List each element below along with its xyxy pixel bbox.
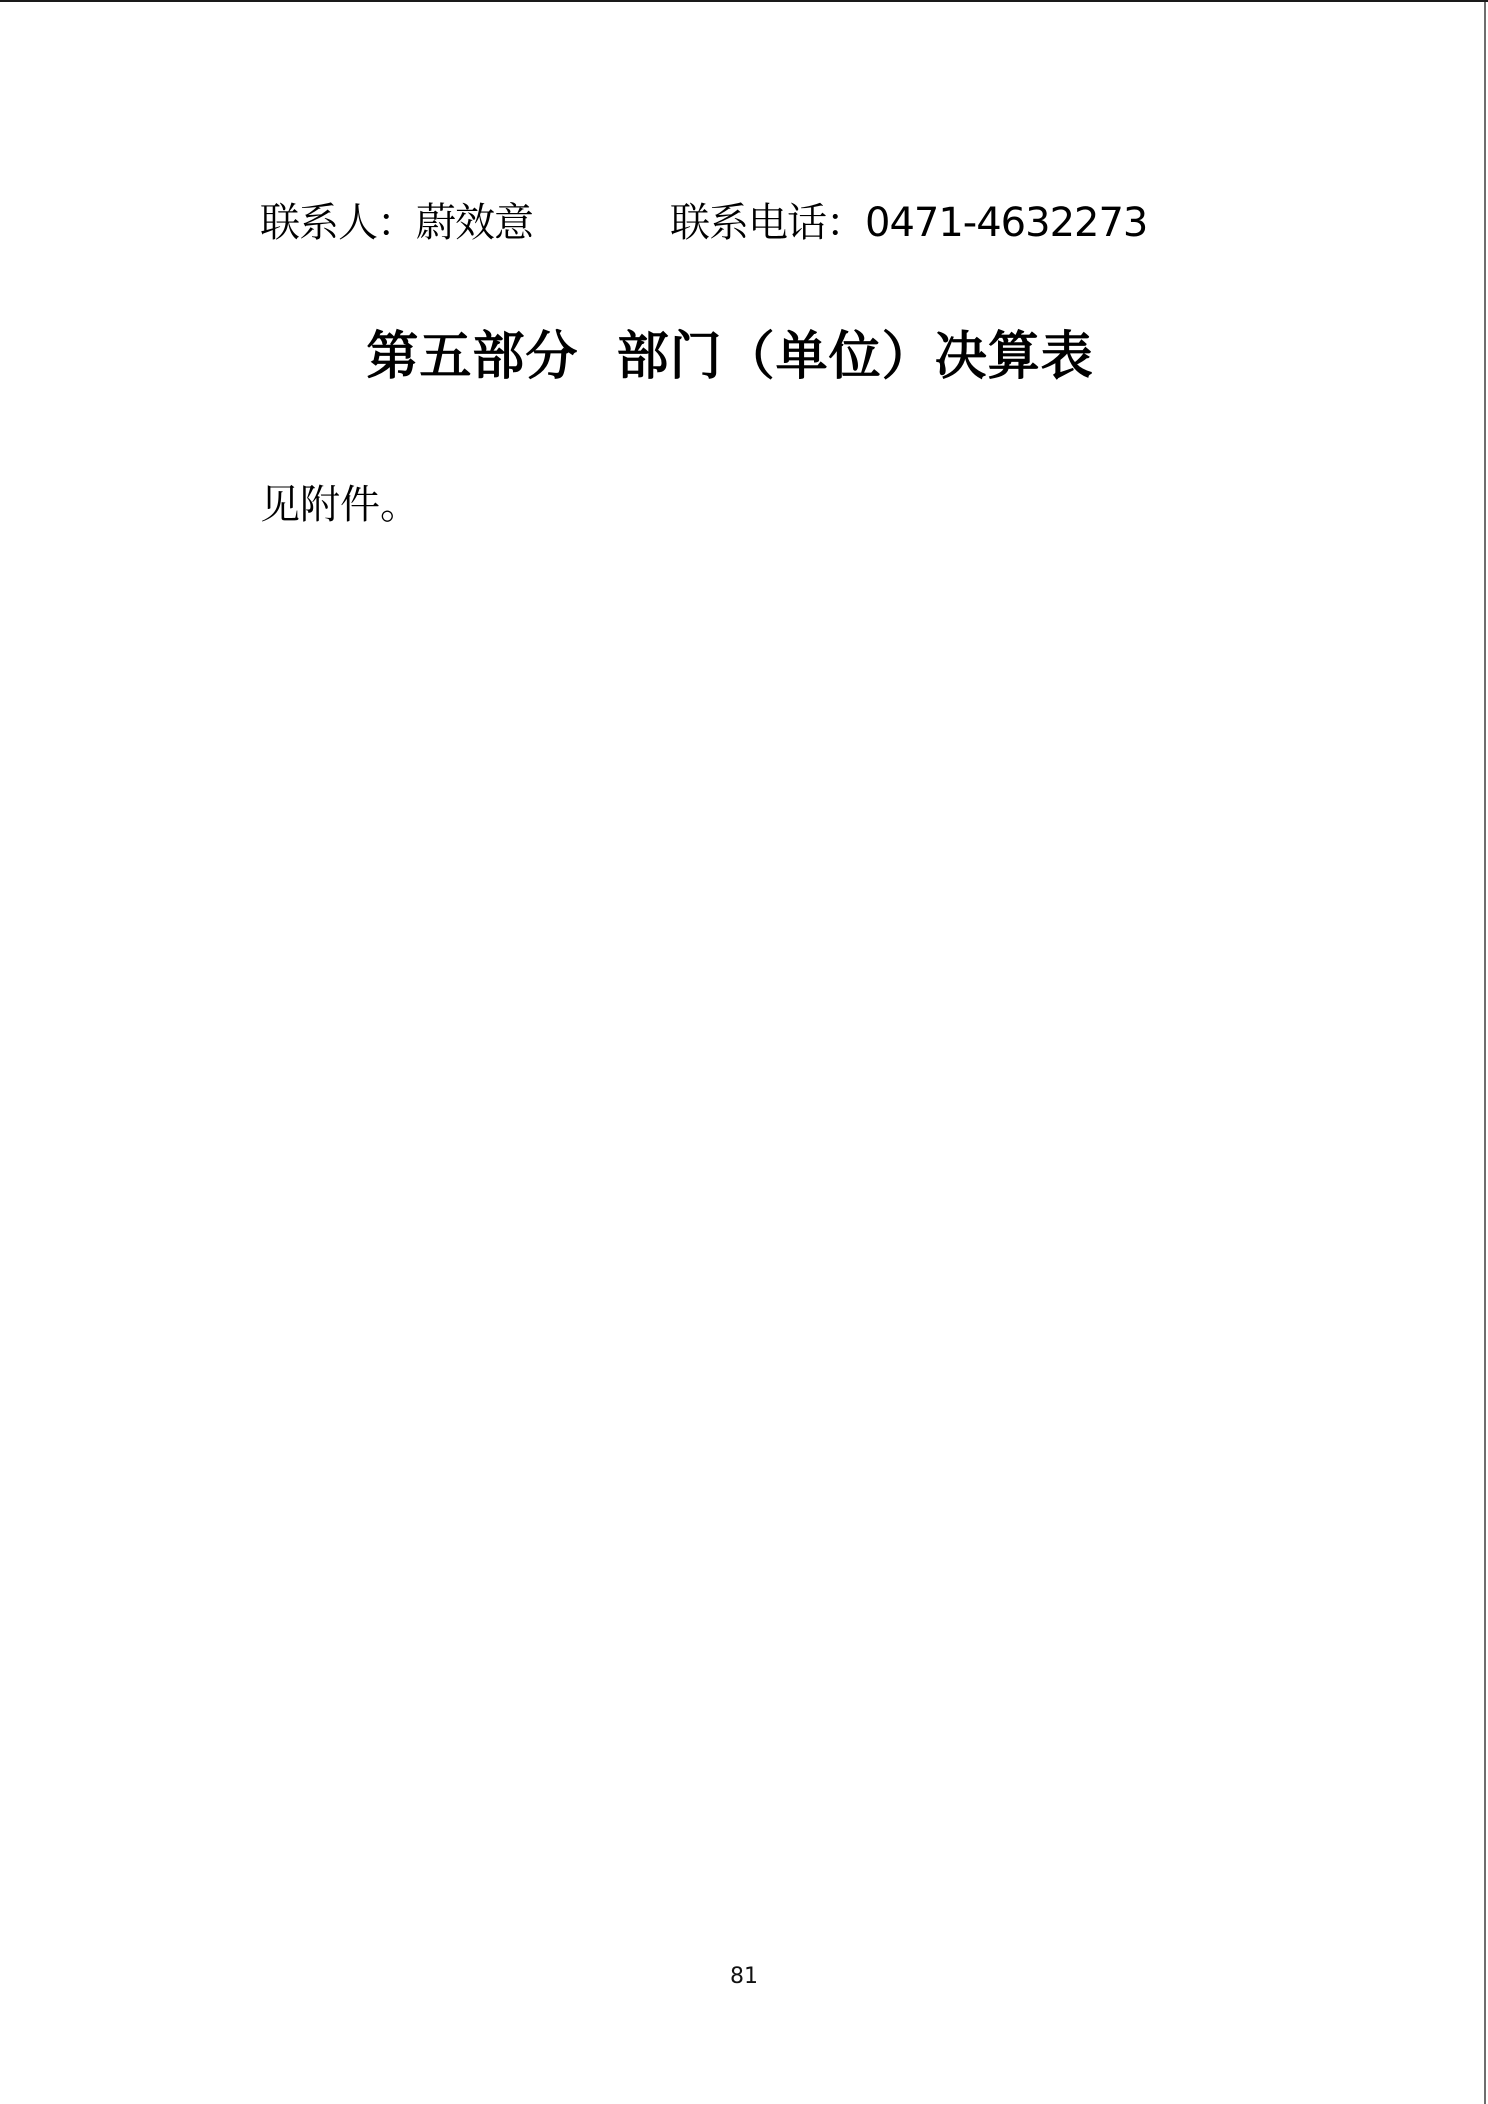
section-title: 第五部分 部门（单位）决算表 bbox=[0, 322, 1488, 392]
section-title-text: 第五部分 部门（单位）决算表 bbox=[366, 322, 1093, 392]
page-right-border bbox=[1484, 2, 1486, 2104]
body-paragraph: 见附件。 bbox=[260, 480, 420, 530]
page-number: 81 bbox=[0, 1964, 1488, 1990]
contact-person: 联系人：蔚效意 bbox=[260, 198, 533, 248]
contact-phone: 联系电话：0471-4632273 bbox=[670, 198, 1147, 248]
document-page: 联系人：蔚效意 联系电话：0471-4632273 第五部分 部门（单位）决算表… bbox=[0, 0, 1488, 2104]
